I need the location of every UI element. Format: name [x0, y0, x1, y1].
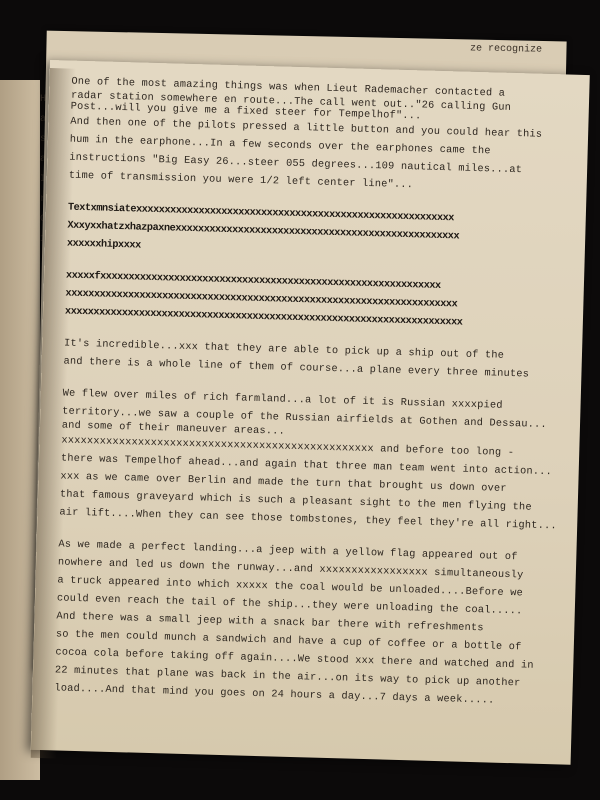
page-text: One of the most amazing things was when …	[54, 73, 577, 726]
back-page-text-fragment: ze recognize	[470, 43, 542, 55]
paragraph: One of the most amazing things was when …	[69, 73, 577, 199]
paragraph: As we made a perfect landing...a jeep wi…	[54, 535, 563, 711]
typewritten-page: One of the most amazing things was when …	[31, 60, 590, 765]
paragraph: We flew over miles of rich farmland...a …	[59, 384, 568, 535]
